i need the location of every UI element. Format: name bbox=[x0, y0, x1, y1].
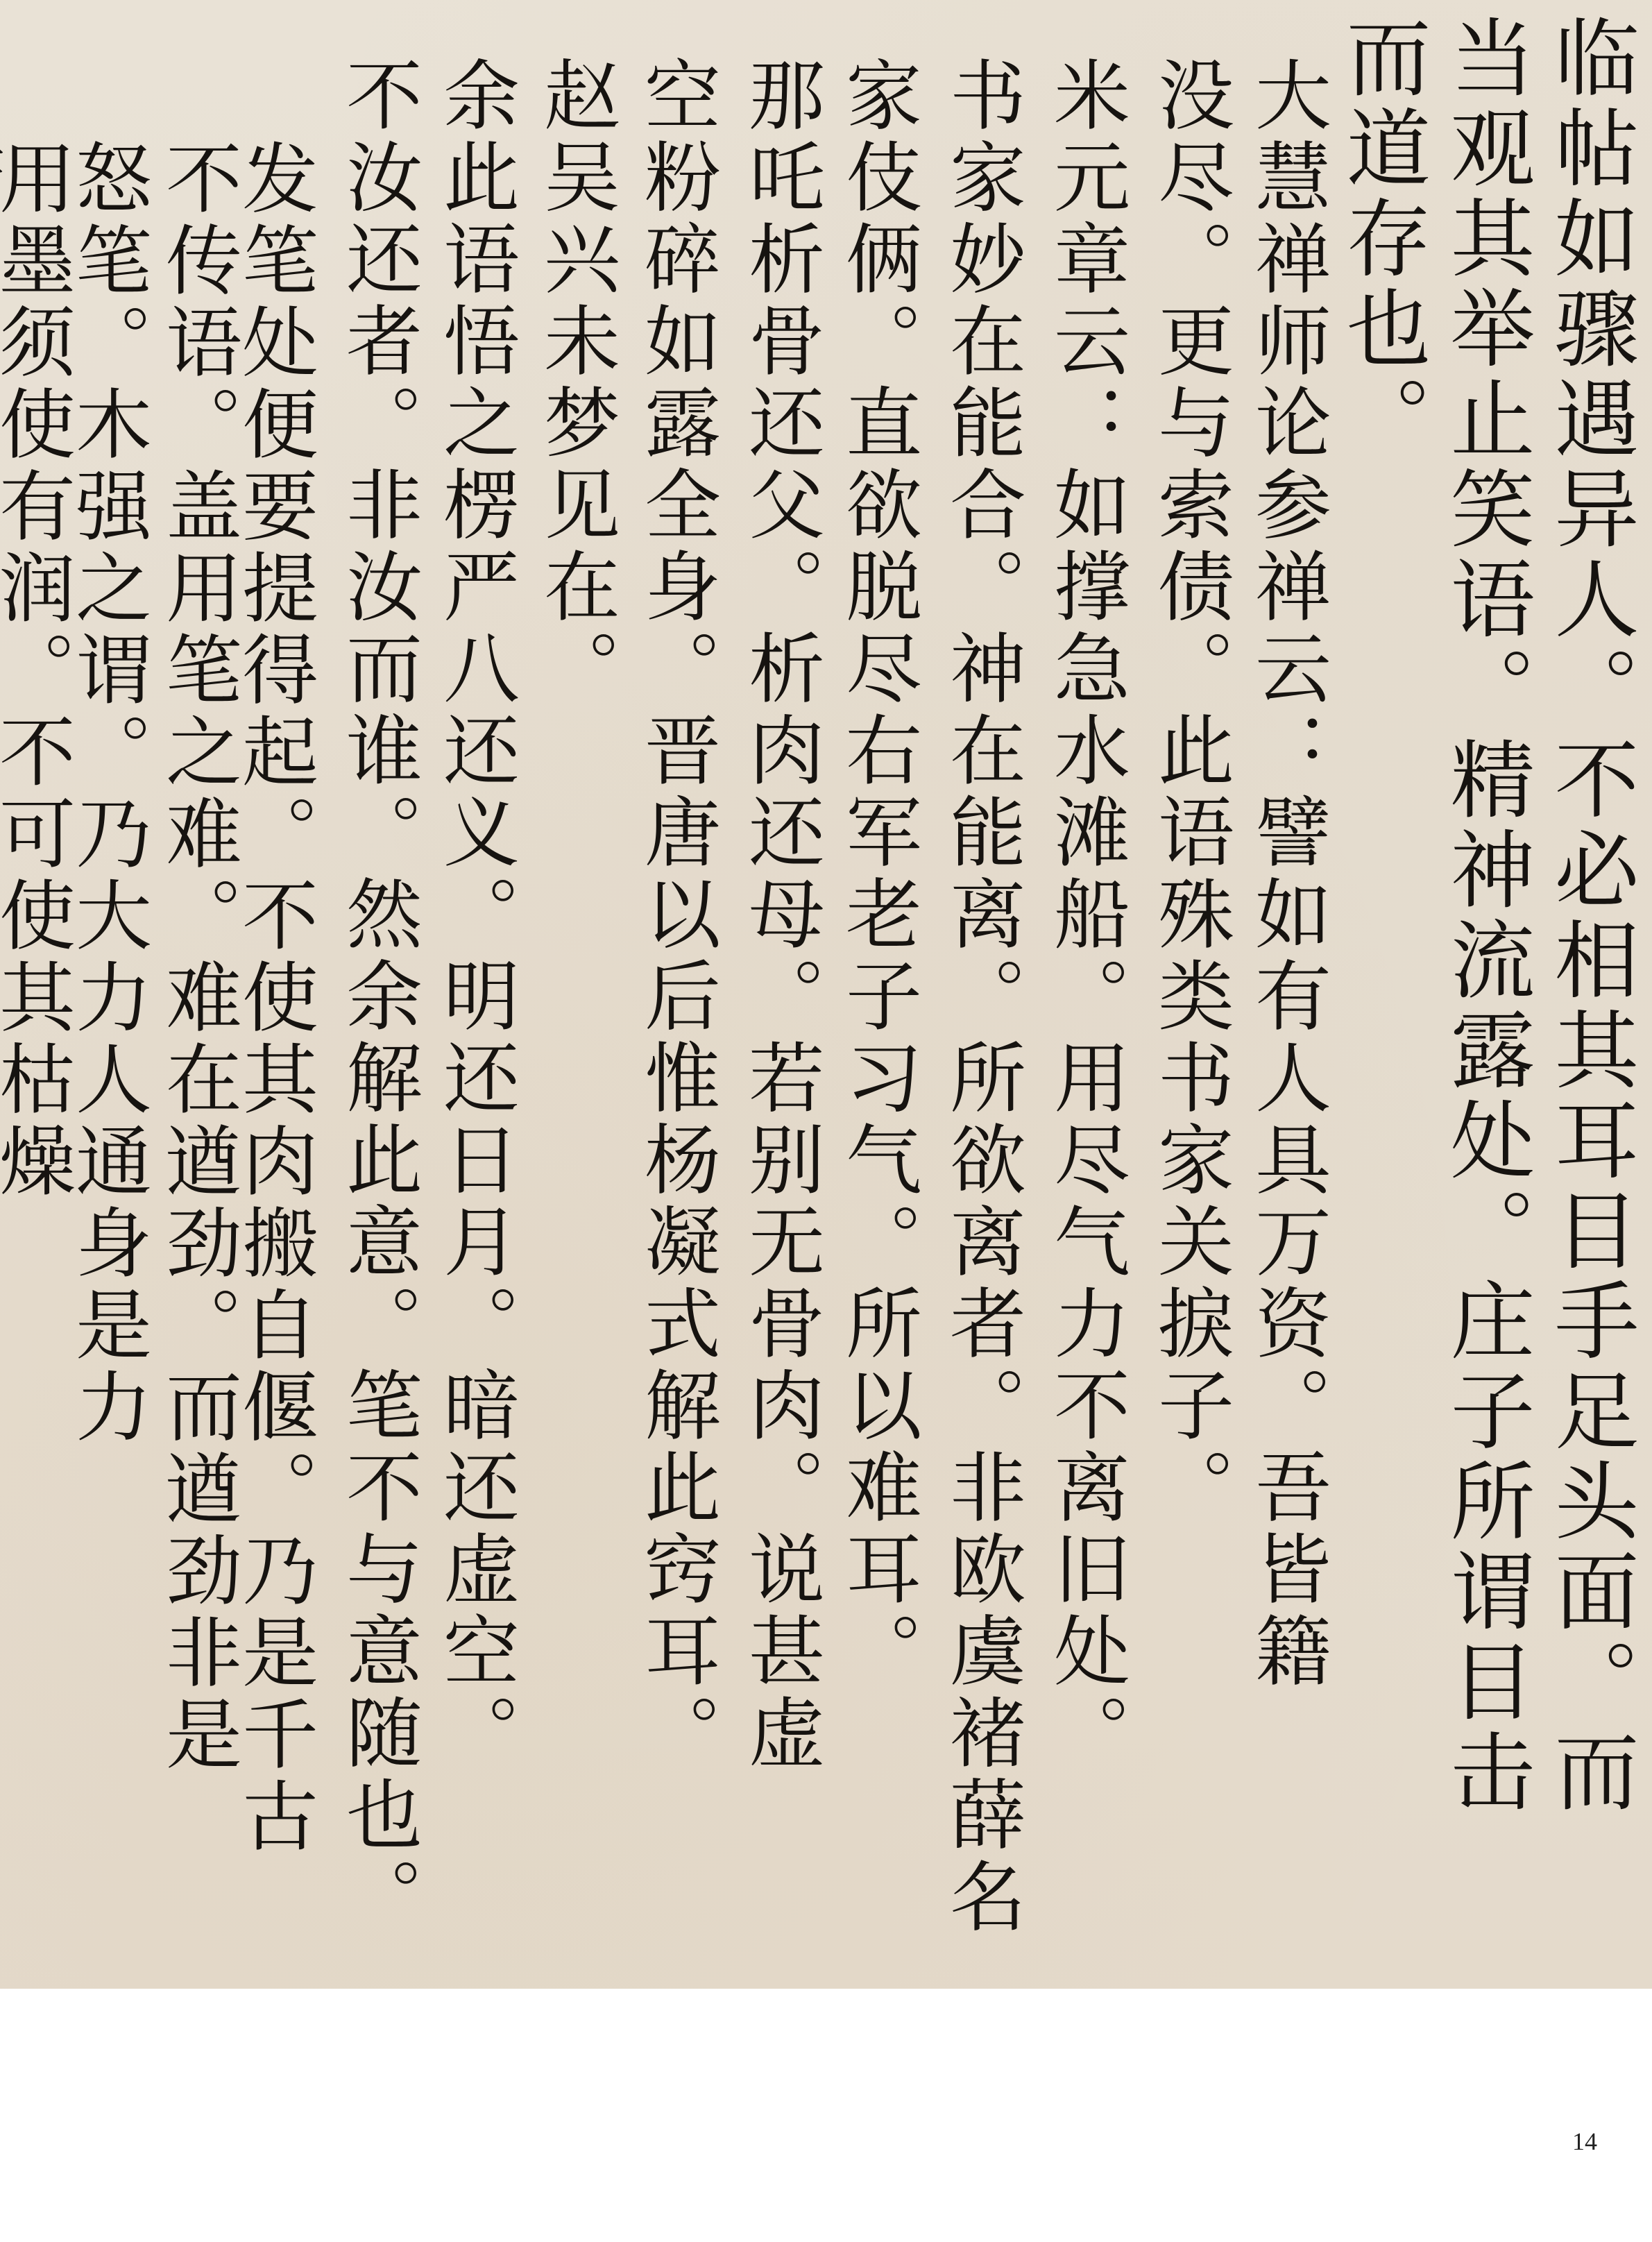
text-column-7: 书家妙在能合。神在能离。所欲离者。非欧虞褚薛名 bbox=[944, 56, 1020, 1939]
text-column-17: 用墨须使有润。不可使其枯燥 bbox=[0, 139, 69, 1203]
text-column-6: 米元章云：如撑急水滩船。用尽气力不离旧处。 bbox=[1048, 56, 1124, 1775]
page-number: 14 bbox=[1572, 2127, 1597, 2156]
text-column-14: 发笔处便要提得起。不使其肉搬自偃。乃是千古 bbox=[236, 139, 312, 1858]
text-column-13: 不汝还者。非汝而谁。然余解此意。笔不与意随也。 bbox=[340, 56, 416, 1939]
text-column-2: 当观其举止笑语。精神流露处。庄子所谓目击 bbox=[1443, 14, 1528, 1818]
text-column-5: 没尽。更与索债。此语殊类书家关捩子。 bbox=[1152, 56, 1228, 1529]
text-column-3: 而道存也。 bbox=[1339, 14, 1424, 465]
text-column-15: 不传语。盖用笔之难。难在遒劲。而遒劲非是 bbox=[160, 139, 236, 1776]
text-column-9: 那吒析骨还父。析肉还母。若别无骨肉。说甚虚 bbox=[742, 56, 819, 1775]
text-column-16: 怒笔。木强之谓。乃大力人通身是力 bbox=[69, 139, 146, 1449]
text-column-8: 家伎俩。直欲脱尽右军老子习气。所以难耳。 bbox=[840, 56, 916, 1693]
text-column-11: 赵吴兴未梦见在。 bbox=[538, 56, 614, 711]
text-column-10: 空粉碎如露全身。晋唐以后惟杨凝式解此窍耳。 bbox=[638, 56, 715, 1775]
calligraphy-paper: 临帖如骤遇异人。不必相其耳目手足头面。而 当观其举止笑语。精神流露处。庄子所谓目… bbox=[0, 0, 1652, 1989]
text-column-1: 临帖如骤遇异人。不必相其耳目手足头面。而 bbox=[1547, 14, 1632, 1818]
text-column-4: 大慧禅师论参禅云：譬如有人具万资。吾皆籍 bbox=[1249, 56, 1325, 1693]
text-column-12: 余此语悟之楞严八还义。明还日月。暗还虚空。 bbox=[437, 56, 513, 1775]
